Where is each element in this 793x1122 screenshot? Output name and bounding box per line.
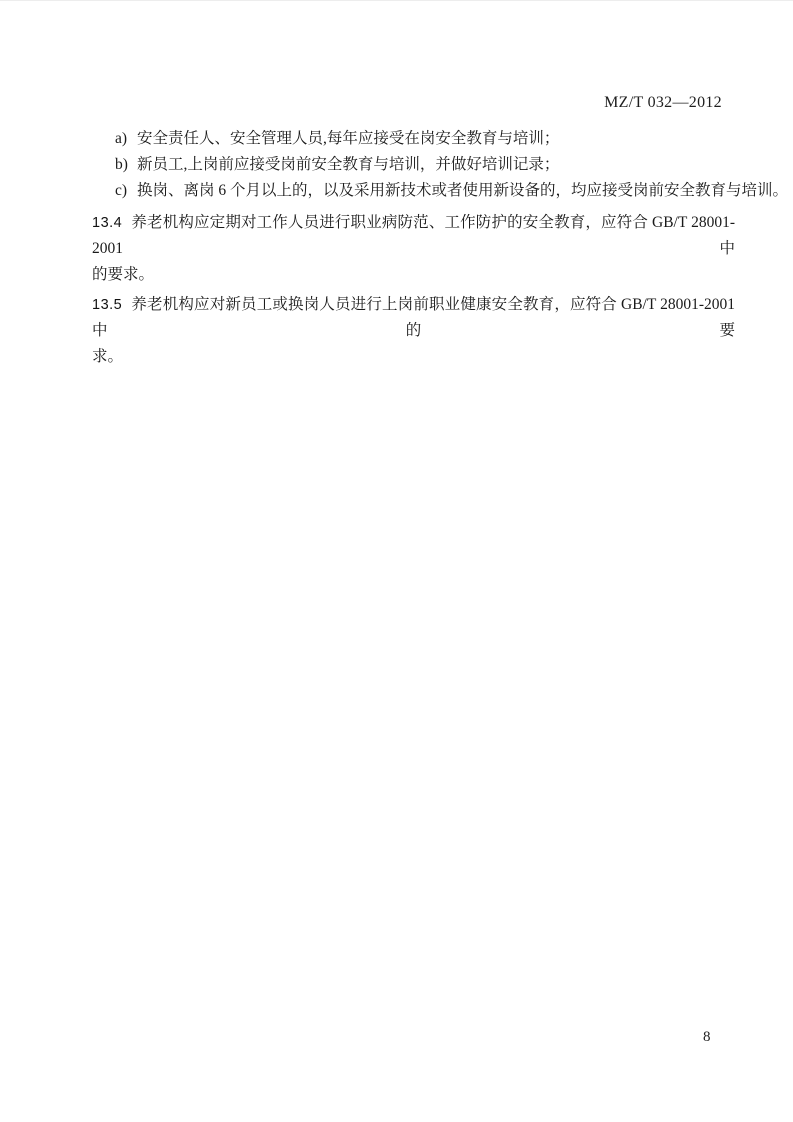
list-item-b: b)新员工,上岗前应接受岗前安全教育与培训，并做好培训记录； (115, 152, 735, 178)
header-standard-code: MZ/T 032—2012 (92, 94, 735, 112)
clause-13-5-text: 养老机构应对新员工或换岗人员进行上岗前职业健康安全教育，应符合 GB/T 280… (92, 296, 735, 339)
clause-13-5-line-1: 13.5养老机构应对新员工或换岗人员进行上岗前职业健康安全教育，应符合 GB/T… (92, 292, 735, 344)
document-page: { "document": { "header_code": "MZ/T 032… (0, 0, 793, 1122)
list-item-c: c)换岗、离岗 6 个月以上的，以及采用新技术或者使用新设备的，均应接受岗前安全… (115, 178, 735, 204)
list-item-b-marker: b) (115, 152, 129, 178)
clause-13-4-number: 13.4 (92, 215, 122, 231)
page-content: MZ/T 032—2012 a)安全责任人、安全管理人员,每年应接受在岗安全教育… (0, 1, 793, 370)
clause-13-4: 13.4养老机构应定期对工作人员进行职业病防范、工作防护的安全教育，应符合 GB… (92, 210, 735, 288)
page-number: 8 (703, 1029, 711, 1046)
clause-13-4-line-2: 的要求。 (92, 262, 735, 288)
clause-13-5-number: 13.5 (92, 297, 122, 313)
list-item-a: a)安全责任人、安全管理人员,每年应接受在岗安全教育与培训； (115, 126, 735, 152)
list-item-a-text: 安全责任人、安全管理人员,每年应接受在岗安全教育与培训； (137, 130, 559, 147)
list-item-b-text: 新员工,上岗前应接受岗前安全教育与培训，并做好培训记录； (137, 156, 559, 173)
clause-13-5: 13.5养老机构应对新员工或换岗人员进行上岗前职业健康安全教育，应符合 GB/T… (92, 292, 735, 370)
clause-13-5-line-2: 求。 (92, 344, 735, 370)
list-item-c-marker: c) (115, 178, 129, 204)
clause-13-4-text: 养老机构应定期对工作人员进行职业病防范、工作防护的安全教育，应符合 GB/T 2… (92, 214, 735, 257)
list-item-a-marker: a) (115, 126, 129, 152)
list-item-c-text: 换岗、离岗 6 个月以上的，以及采用新技术或者使用新设备的，均应接受岗前安全教育… (137, 182, 788, 199)
lettered-list: a)安全责任人、安全管理人员,每年应接受在岗安全教育与培训； b)新员工,上岗前… (92, 126, 735, 204)
clause-13-4-line-1: 13.4养老机构应定期对工作人员进行职业病防范、工作防护的安全教育，应符合 GB… (92, 210, 735, 262)
